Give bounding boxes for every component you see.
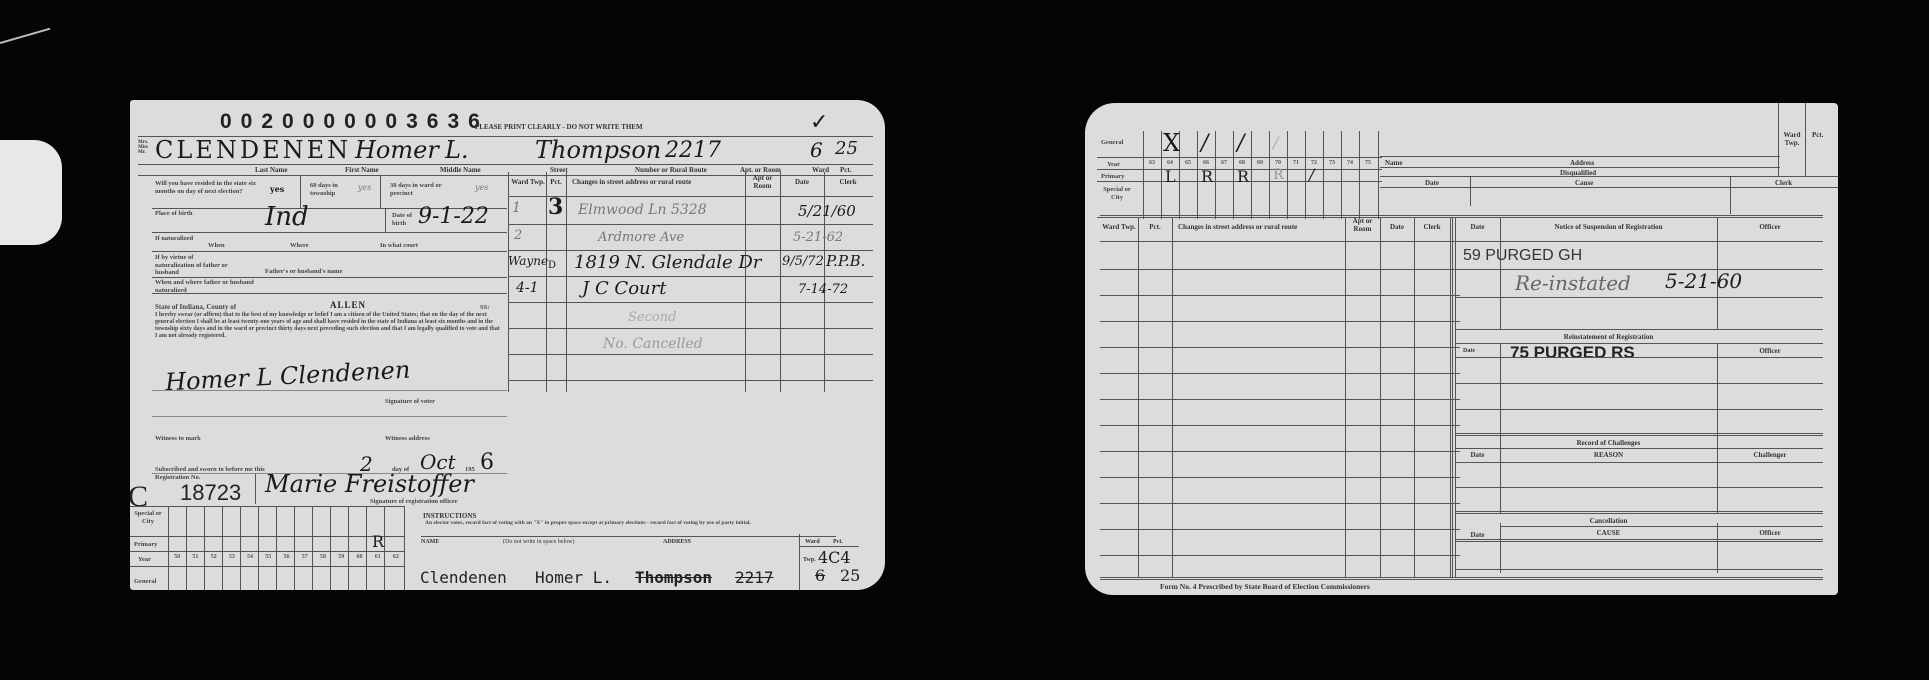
label-father-name: Father's or husband's name — [265, 268, 342, 276]
purged-stamp-59: 59 PURGED GH — [1463, 247, 1582, 265]
street-value: Thompson — [535, 136, 661, 164]
general-mark-66: / — [1201, 131, 1208, 156]
primary-mark-72: / — [1309, 165, 1314, 184]
label-name: Name — [1385, 159, 1403, 167]
film-scratch — [0, 28, 50, 44]
front-changes-table: Ward Twp. Pct. Changes in street address… — [508, 172, 873, 392]
label-place-of-birth: Place of birth — [155, 210, 195, 218]
label-ward-twp: Ward Twp. — [1779, 131, 1805, 147]
label-clerk-disq: Clerk — [1775, 179, 1792, 187]
label-father-naturalization: If by virtue of naturalization of father… — [155, 254, 230, 277]
oath-text: I hereby swear (or affirm) that to the b… — [155, 312, 500, 340]
label-if-naturalized: If naturalized — [155, 235, 215, 243]
primary-mark-64: L — [1165, 167, 1176, 186]
label-where: Where — [290, 242, 309, 250]
purged-stamp-75: 75 PURGED RS — [1510, 343, 1635, 363]
label-last-name: Last Name — [255, 166, 287, 174]
reinstated-date: 5-21-60 — [1665, 269, 1742, 293]
place-of-birth-value: Ind — [265, 202, 309, 232]
back-changes-table: Ward Twp. Pct. Changes in street address… — [1100, 217, 1460, 577]
first-name-value: Homer — [355, 136, 439, 164]
subscribed-year: 6 — [480, 450, 494, 475]
back-right-section: Date Notice of Suspension of Registratio… — [1455, 217, 1823, 577]
general-mark-64: X — [1163, 129, 1180, 157]
general-mark-70: / — [1273, 133, 1278, 152]
label-when-where-naturalized: When and where father or husband natural… — [155, 279, 255, 294]
a-ward: yes — [475, 183, 488, 192]
twp-value: 4C4 — [818, 548, 851, 567]
film-edge-artifact — [0, 140, 62, 245]
a-township: yes — [358, 183, 371, 192]
label-state-county: State of Indiana, County of — [155, 304, 236, 312]
label-witness-mark: Witness to mark — [155, 435, 201, 443]
label-officer-signature: Signature of registration officer — [370, 498, 458, 506]
primary-mark-68: R — [1237, 167, 1249, 186]
label-middle-name: Middle Name — [440, 166, 481, 174]
middle-name-value: L. — [445, 136, 469, 164]
registration-card-front: 0020000003636 PLEASE PRINT CLEARLY - DO … — [130, 100, 885, 590]
primary-mark-70: R — [1273, 167, 1284, 183]
serial-number: 0020000003636 — [220, 110, 489, 134]
form-footer: Form No. 4 Prescribed by State Board of … — [1160, 583, 1370, 591]
reinstated-note: Re-instated — [1515, 271, 1631, 295]
q-ward: 30 days in ward or precinct — [390, 182, 460, 197]
label-when: When — [208, 242, 225, 250]
label-court: In what court — [380, 242, 418, 250]
label-date-disq: Date — [1425, 179, 1439, 187]
label-ss: SS: — [480, 304, 489, 312]
registration-number: 18723 — [180, 480, 241, 506]
q-state-residency: Will you have resided in the state six m… — [155, 180, 265, 195]
ward-value: 6 — [810, 138, 823, 162]
checkmark-icon: ✓ — [810, 110, 828, 135]
label-pct-back: Pct. — [1812, 131, 1823, 139]
front-voting-grid: Special or City Primary Year General 50 … — [130, 506, 405, 590]
primary-mark-66: R — [1201, 167, 1213, 186]
label-witness-address: Witness address — [385, 435, 430, 443]
label-signature-voter: Signature of voter — [385, 398, 435, 406]
primary-mark-60: R — [372, 532, 384, 551]
county-value: ALLEN — [330, 300, 366, 310]
header-instruction: PLEASE PRINT CLEARLY - DO NOT WRITE THEM — [475, 123, 643, 131]
house-number-value: 2217 — [665, 138, 721, 163]
back-voting-grid: General Year Primary Special or City 63 … — [1097, 131, 1382, 219]
officer-signature: Marie Freistoffer — [265, 470, 474, 498]
label-cause: Cause — [1575, 179, 1593, 187]
pct-value: 25 — [835, 138, 858, 159]
registration-card-back: General Year Primary Special or City 63 … — [1085, 103, 1838, 595]
label-address: Address — [1570, 159, 1594, 167]
last-name-value: CLENDENEN — [155, 136, 351, 164]
title-prefix: Mrs.MissMr. — [138, 140, 148, 155]
a-state-residency: yes — [270, 184, 284, 194]
q-township: 60 days in township — [310, 182, 360, 197]
date-of-birth-value: 9-1-22 — [418, 204, 489, 229]
general-mark-68: / — [1237, 131, 1244, 156]
label-first-name: First Name — [345, 166, 379, 174]
